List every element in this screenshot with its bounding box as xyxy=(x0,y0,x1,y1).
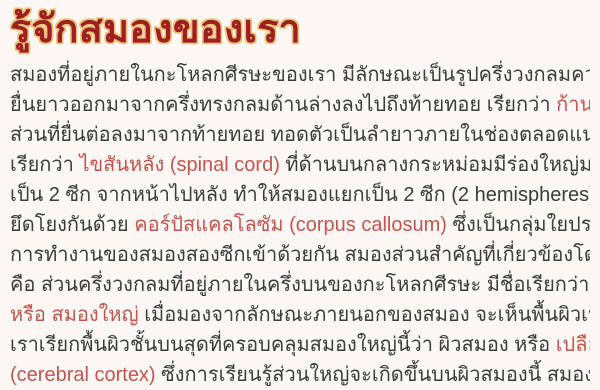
text-segment: เรียกว่า xyxy=(10,154,79,176)
text-segment: คือ ส่วนครึ่งวงกลมที่อยู่ภายในครึ่งบนของ… xyxy=(10,274,590,296)
text-line: การทำงานของสมองสองซีกเข้าด้วยกัน สมองส่ว… xyxy=(10,240,590,270)
text-line: หรือ สมองใหญ่ เมื่อมองจากลักษณะภายนอกของ… xyxy=(10,300,590,330)
text-segment: เมื่อมองจากลักษณะภายนอกของสมอง จะเห็นพื้… xyxy=(139,304,590,326)
highlighted-term: ไขสันหลัง (spinal cord) xyxy=(79,154,279,176)
text-segment: ยื่นยาวออกมาจากครึ่งทรงกลมด้านล่างลงไปถึ… xyxy=(10,94,556,116)
text-line: ยื่นยาวออกมาจากครึ่งทรงกลมด้านล่างลงไปถึ… xyxy=(10,90,590,120)
text-segment: ส่วนที่ยื่นต่อลงมาจากท้ายทอย ทอดตัวเป็นล… xyxy=(10,124,590,146)
highlighted-term: หรือ สมองใหญ่ xyxy=(10,304,139,326)
text-segment: เป็น 2 ซีก จากหน้าไปหลัง ทำให้สมองแยกเป็… xyxy=(10,184,590,206)
document-page: รู้จักสมองของเรา สมองที่อยู่ภายในกะโหลกศ… xyxy=(0,0,600,390)
text-segment: เราเรียกพื้นผิวชั้นบนสุดที่ครอบคลุมสมองใ… xyxy=(10,334,556,356)
text-line: สมองที่อยู่ภายในกะโหลกศีรษะของเรา มีลักษ… xyxy=(10,60,590,90)
text-line: เป็น 2 ซีก จากหน้าไปหลัง ทำให้สมองแยกเป็… xyxy=(10,180,590,210)
text-line: เราเรียกพื้นผิวชั้นบนสุดที่ครอบคลุมสมองใ… xyxy=(10,330,590,360)
highlighted-term: เปลือกสมอง xyxy=(556,334,590,356)
text-segment: ที่ด้านบนกลางกระหม่อมมีร่องใหญ่มากแบ่งคร… xyxy=(280,154,590,176)
highlighted-term: คอร์ปัสแคลโลซัม (corpus callosum) xyxy=(134,214,447,236)
text-line: เรียกว่า ไขสันหลัง (spinal cord) ที่ด้าน… xyxy=(10,150,590,180)
highlighted-term: ก้านสมอง (brainstem) xyxy=(556,94,590,116)
text-line: คือ ส่วนครึ่งวงกลมที่อยู่ภายในครึ่งบนของ… xyxy=(10,270,590,300)
highlighted-term: (cerebral cortex) xyxy=(10,364,156,386)
text-line: ยึดโยงกันด้วย คอร์ปัสแคลโลซัม (corpus ca… xyxy=(10,210,590,240)
text-segment: ยึดโยงกันด้วย xyxy=(10,214,134,236)
body-paragraph: สมองที่อยู่ภายในกะโหลกศีรษะของเรา มีลักษ… xyxy=(10,60,590,390)
text-segment: ซึ่งเป็นกลุ่มใยประสาทที่เชื่อมโยง xyxy=(447,214,590,236)
text-line: ส่วนที่ยื่นต่อลงมาจากท้ายทอย ทอดตัวเป็นล… xyxy=(10,120,590,150)
text-segment: สมองที่อยู่ภายในกะโหลกศีรษะของเรา มีลักษ… xyxy=(10,64,590,86)
text-line: (cerebral cortex) ซึ่งการเรียนรู้ส่วนใหญ… xyxy=(10,360,590,390)
page-title: รู้จักสมองของเรา xyxy=(10,2,590,60)
text-segment: ซึ่งการเรียนรู้ส่วนใหญ่จะเกิดขึ้นบนผิวสม… xyxy=(156,364,590,386)
text-segment: การทำงานของสมองสองซีกเข้าด้วยกัน สมองส่ว… xyxy=(10,244,590,266)
